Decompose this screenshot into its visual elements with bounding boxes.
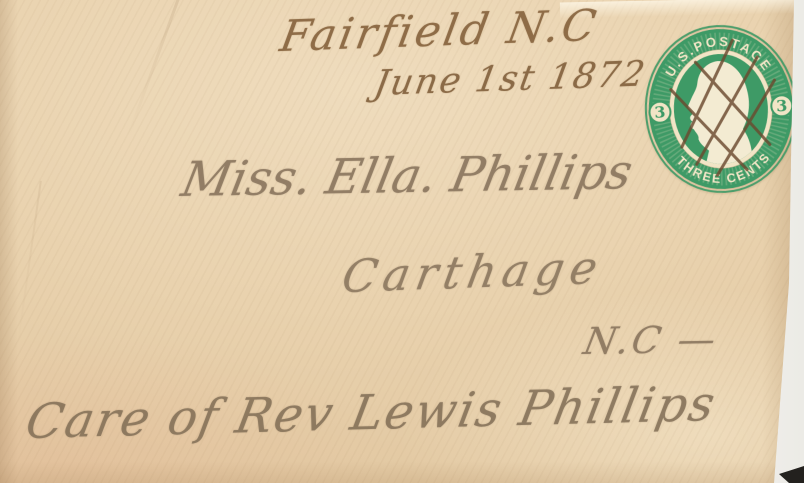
postmark-date-text: June 1st 1872 [374,55,647,104]
recipient-name-label: Miss. Ella. Phillips [177,144,637,208]
paper-crease [126,0,180,138]
denomination-numeral: 3 [776,96,788,116]
recipient-name-text: Miss. Ella. Phillips [182,144,632,208]
embossed-postage-stamp: U.S.POSTAGE THREE CENTS 3 3 [631,17,804,206]
recipient-state-label: N.C — [580,318,722,363]
left-edge-shading [0,0,18,483]
scanned-envelope-photo: Fairfield N.C June 1st 1872 Miss. Ella. … [0,0,804,483]
care-of-text: Care of Rev Lewis Phillips [26,376,717,450]
envelope-front: Fairfield N.C June 1st 1872 Miss. Ella. … [0,0,804,483]
bottom-edge-shading [0,461,804,483]
postmark-origin-text: Fairfield N.C [280,1,599,62]
stamp-denomination-left: 3 [649,101,671,123]
recipient-state-text: N.C — [584,318,719,363]
denomination-numeral: 3 [654,102,666,122]
recipient-city-label: Carthage [338,241,607,303]
paper-crease [16,181,42,350]
postmark-date-label: June 1st 1872 [371,54,649,104]
postmark-origin-label: Fairfield N.C [276,1,602,62]
care-of-label: Care of Rev Lewis Phillips [22,376,722,450]
recipient-city-text: Carthage [342,241,604,303]
stamp-denomination-right: 3 [771,95,793,117]
